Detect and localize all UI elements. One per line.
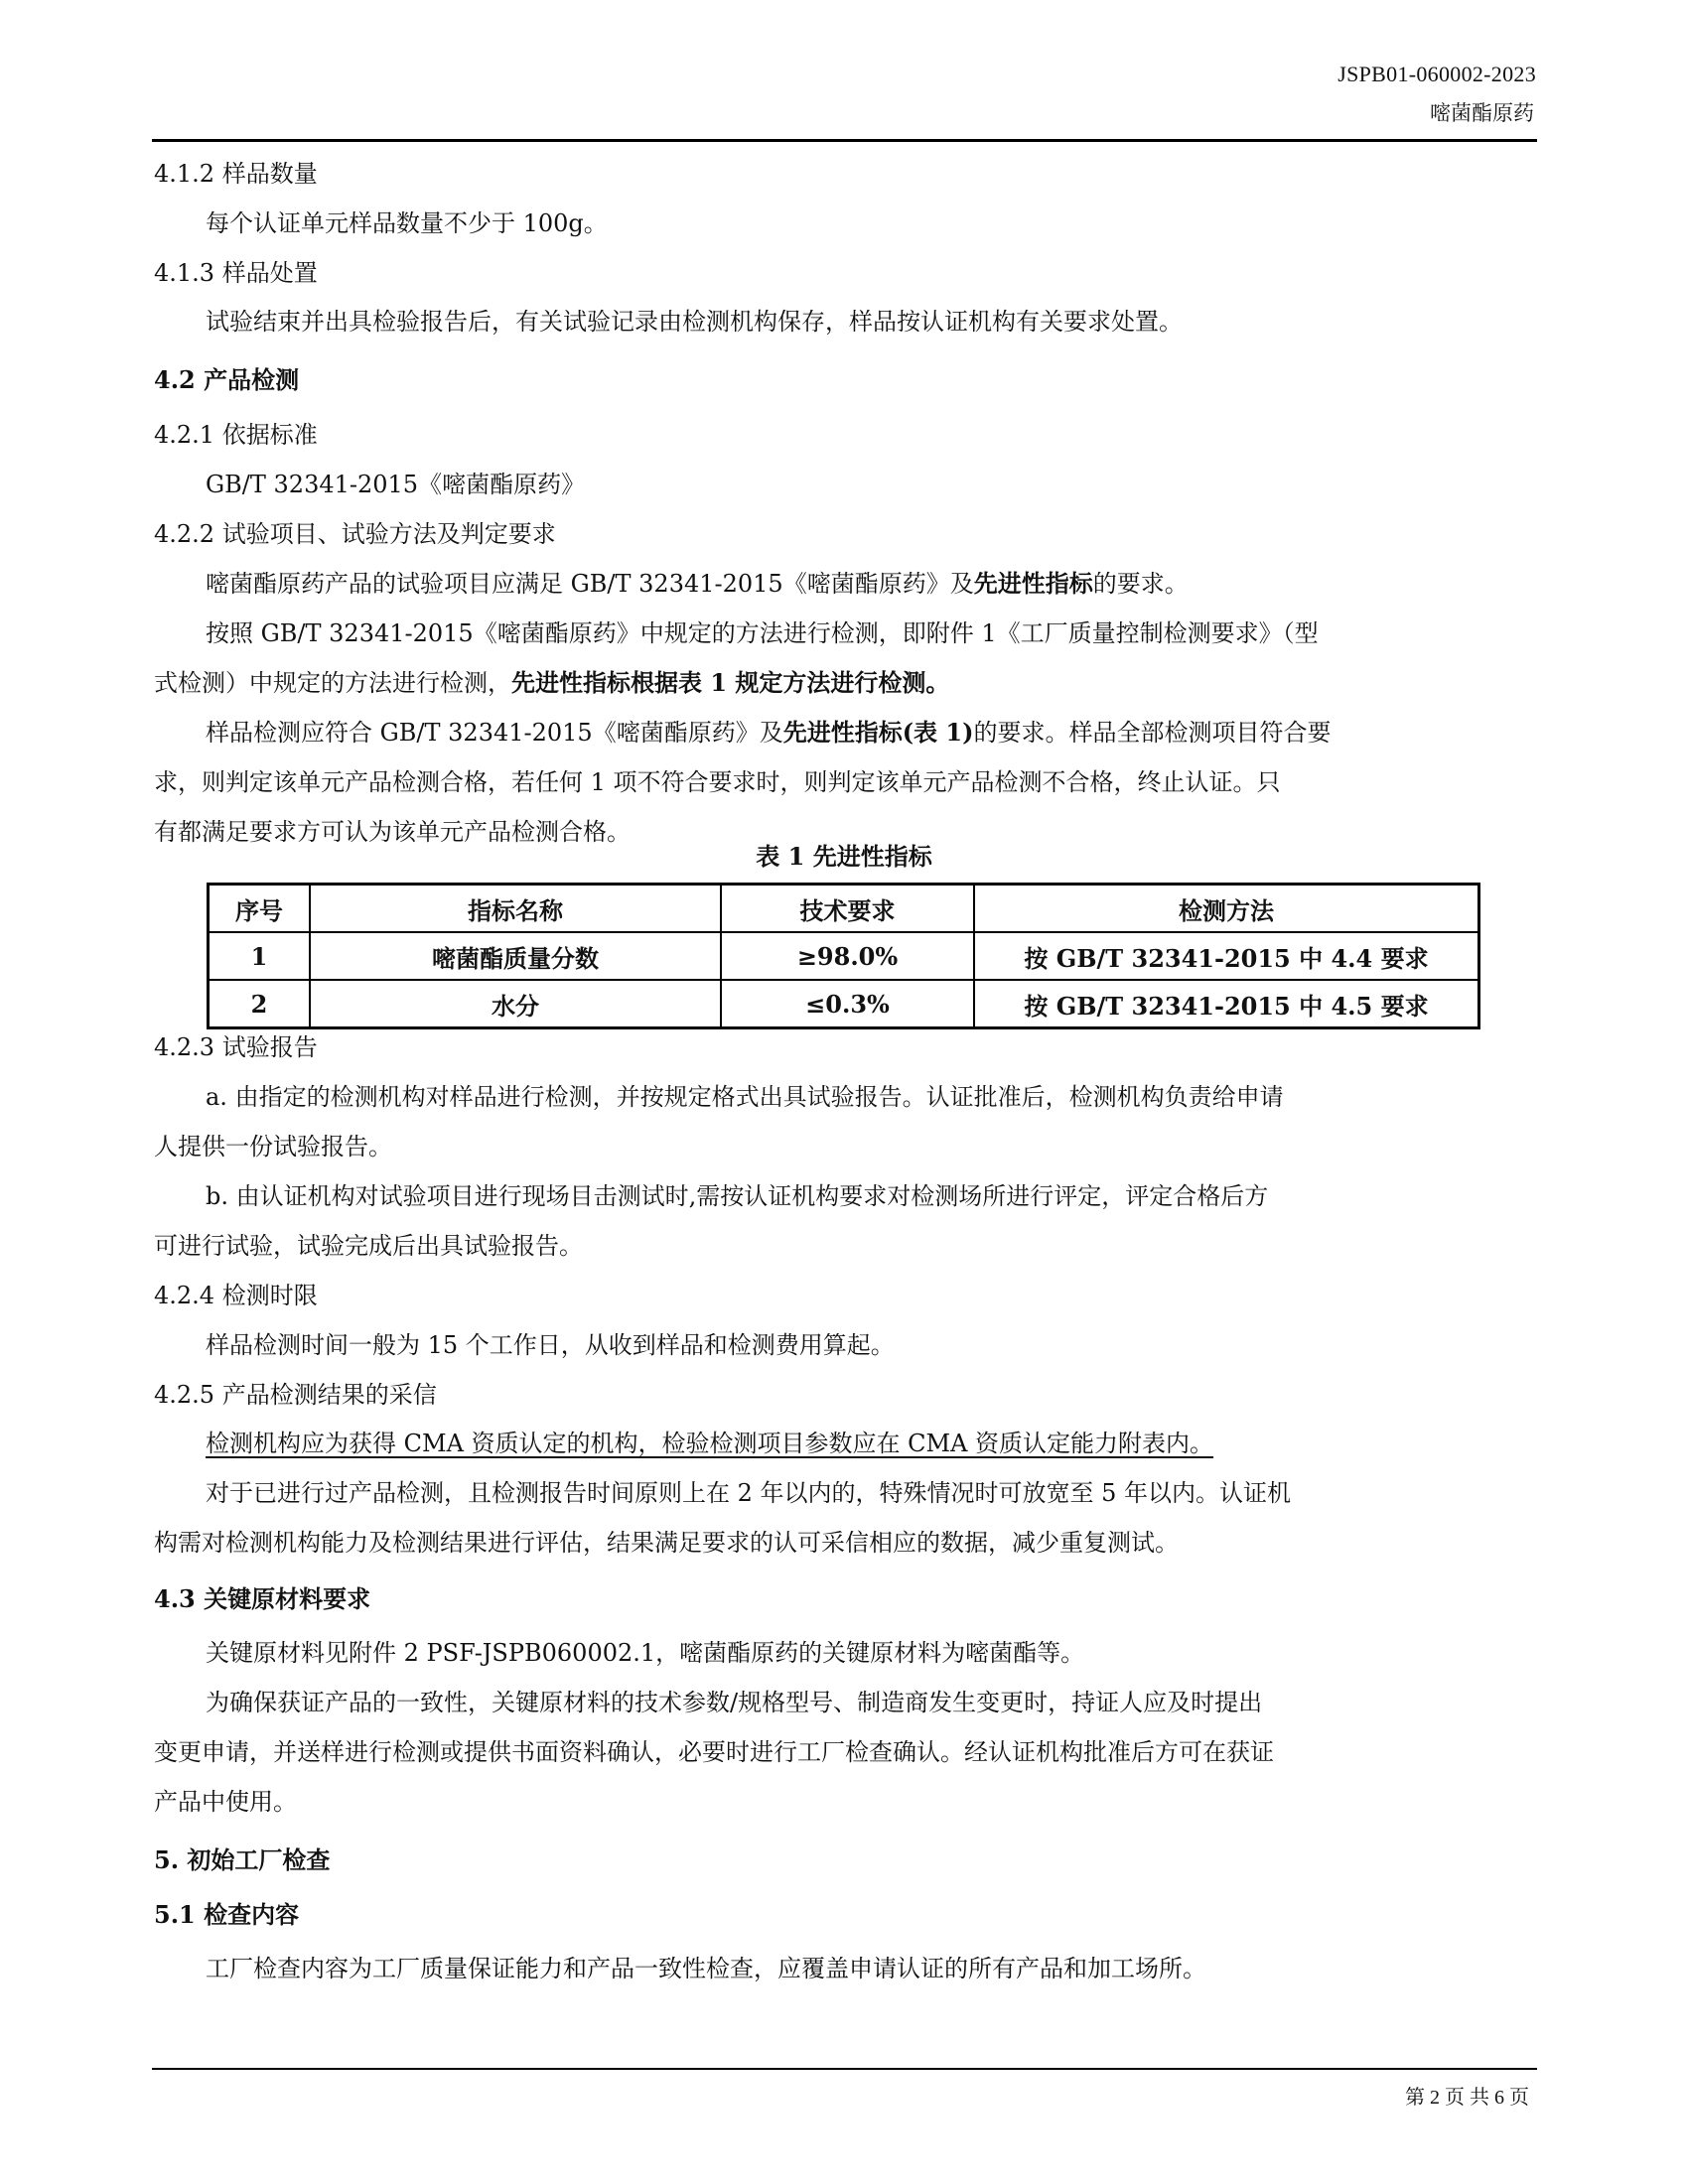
advanced-indicators-table: 序号 指标名称 技术要求 检测方法 1 嘧菌酯质量分数 ≥98.0% 按 GB/… <box>207 883 1480 1029</box>
heading-5-1: 5.1 检查内容 <box>154 1898 299 1932</box>
heading-4-3: 4.3 关键原材料要求 <box>154 1582 370 1616</box>
paragraph-acceptance-line2: 构需对检测机构能力及检测结果进行评估，结果满足要求的认可采信相应的数据，减少重复… <box>154 1526 1179 1560</box>
paragraph-judgment-line1: 样品检测应符合 GB/T 32341-2015《嘧菌酯原药》及先进性指标(表 1… <box>206 716 1331 750</box>
paragraph-sample-disposal: 试验结束并出具检验报告后，有关试验记录由检测机构保存，样品按认证机构有关要求处置… <box>206 305 1183 339</box>
paragraph-report-b-line2: 可进行试验，试验完成后出具试验报告。 <box>154 1229 583 1263</box>
heading-4-2-1: 4.2.1 依据标准 <box>154 418 318 452</box>
paragraph-standard: GB/T 32341-2015《嘧菌酯原药》 <box>206 468 585 501</box>
paragraph-judgment-line2: 求，则判定该单元产品检测合格，若任何 1 项不符合要求时，则判定该单元产品检测不… <box>154 765 1281 799</box>
table-cell: 按 GB/T 32341-2015 中 4.5 要求 <box>974 980 1479 1028</box>
text-run: 式检测）中规定的方法进行检测， <box>154 669 511 697</box>
heading-4-1-3: 4.1.3 样品处置 <box>154 256 318 290</box>
page-number: 第 2 页 共 6 页 <box>1405 2081 1529 2110</box>
table-cell: 水分 <box>310 980 721 1028</box>
bold-run: 先进性指标(表 1) <box>783 718 974 747</box>
paragraph-change-line3: 产品中使用。 <box>154 1785 297 1819</box>
paragraph-key-materials: 关键原材料见附件 2 PSF-JSPB060002.1，嘧菌酯原药的关键原材料为… <box>206 1636 1084 1670</box>
table-header-cell: 检测方法 <box>974 885 1479 933</box>
paragraph-method-line2: 式检测）中规定的方法进行检测，先进性指标根据表 1 规定方法进行检测。 <box>154 666 949 700</box>
paragraph-cma-underlined: 检测机构应为获得 CMA 资质认定的机构，检验检测项目参数应在 CMA 资质认定… <box>206 1427 1213 1460</box>
table-header-cell: 序号 <box>209 885 311 933</box>
paragraph-method-line1: 按照 GB/T 32341-2015《嘧菌酯原药》中规定的方法进行检测，即附件 … <box>206 616 1319 650</box>
table-header-cell: 技术要求 <box>721 885 974 933</box>
paragraph-report-a-line1: a. 由指定的检测机构对样品进行检测，并按规定格式出具试验报告。认证批准后，检测… <box>206 1080 1284 1114</box>
table-cell: 嘧菌酯质量分数 <box>310 932 721 980</box>
table-row: 2 水分 ≤0.3% 按 GB/T 32341-2015 中 4.5 要求 <box>209 980 1479 1028</box>
header-doc-name: 嘧菌酯原药 <box>1430 97 1534 127</box>
table-cell: 1 <box>209 932 311 980</box>
table-header-row: 序号 指标名称 技术要求 检测方法 <box>209 885 1479 933</box>
paragraph-test-items: 嘧菌酯原药产品的试验项目应满足 GB/T 32341-2015《嘧菌酯原药》及先… <box>206 567 1189 601</box>
text-run: 样品检测应符合 GB/T 32341-2015《嘧菌酯原药》及 <box>206 719 783 747</box>
table-header-cell: 指标名称 <box>310 885 721 933</box>
paragraph-acceptance-line1: 对于已进行过产品检测，且检测报告时间原则上在 2 年以内的，特殊情况时可放宽至 … <box>206 1476 1291 1510</box>
footer-rule <box>152 2068 1537 2070</box>
heading-4-2-3: 4.2.3 试验报告 <box>154 1030 318 1064</box>
heading-4-2-5: 4.2.5 产品检测结果的采信 <box>154 1378 437 1412</box>
table-caption: 表 1 先进性指标 <box>0 837 1688 872</box>
header-doc-code: JSPB01-060002-2023 <box>1337 62 1536 87</box>
paragraph-sample-quantity: 每个认证单元样品数量不少于 100g。 <box>206 206 608 240</box>
paragraph-test-time: 样品检测时间一般为 15 个工作日，从收到样品和检测费用算起。 <box>206 1328 895 1362</box>
text-run: 的要求。样品全部检测项目符合要 <box>973 719 1331 747</box>
heading-5: 5. 初始工厂检查 <box>154 1843 330 1877</box>
heading-4-2-2: 4.2.2 试验项目、试验方法及判定要求 <box>154 517 556 551</box>
text-run: 的要求。 <box>1093 570 1189 598</box>
paragraph-report-b-line1: b. 由认证机构对试验项目进行现场目击测试时,需按认证机构要求对检测场所进行评定… <box>206 1179 1268 1213</box>
table-cell: ≥98.0% <box>721 932 974 980</box>
table-cell: ≤0.3% <box>721 980 974 1028</box>
paragraph-inspection-content: 工厂检查内容为工厂质量保证能力和产品一致性检查，应覆盖申请认证的所有产品和加工场… <box>206 1952 1206 1985</box>
heading-4-1-2: 4.1.2 样品数量 <box>154 157 318 191</box>
paragraph-change-line2: 变更申请，并送样进行检测或提供书面资料确认，必要时进行工厂检查确认。经认证机构批… <box>154 1735 1274 1769</box>
heading-4-2: 4.2 产品检测 <box>154 363 299 397</box>
header-rule <box>152 139 1537 142</box>
bold-run: 先进性指标根据表 1 规定方法进行检测。 <box>511 668 949 697</box>
text-run: 嘧菌酯原药产品的试验项目应满足 GB/T 32341-2015《嘧菌酯原药》及 <box>206 570 974 598</box>
paragraph-change-line1: 为确保获证产品的一致性，关键原材料的技术参数/规格型号、制造商发生变更时，持证人… <box>206 1686 1262 1719</box>
heading-4-2-4: 4.2.4 检测时限 <box>154 1279 318 1312</box>
table-cell: 按 GB/T 32341-2015 中 4.4 要求 <box>974 932 1479 980</box>
bold-run: 先进性指标 <box>974 569 1093 598</box>
document-page: JSPB01-060002-2023 嘧菌酯原药 4.1.2 样品数量 每个认证… <box>0 0 1688 2184</box>
paragraph-report-a-line2: 人提供一份试验报告。 <box>154 1130 392 1163</box>
table-row: 1 嘧菌酯质量分数 ≥98.0% 按 GB/T 32341-2015 中 4.4… <box>209 932 1479 980</box>
table-cell: 2 <box>209 980 311 1028</box>
